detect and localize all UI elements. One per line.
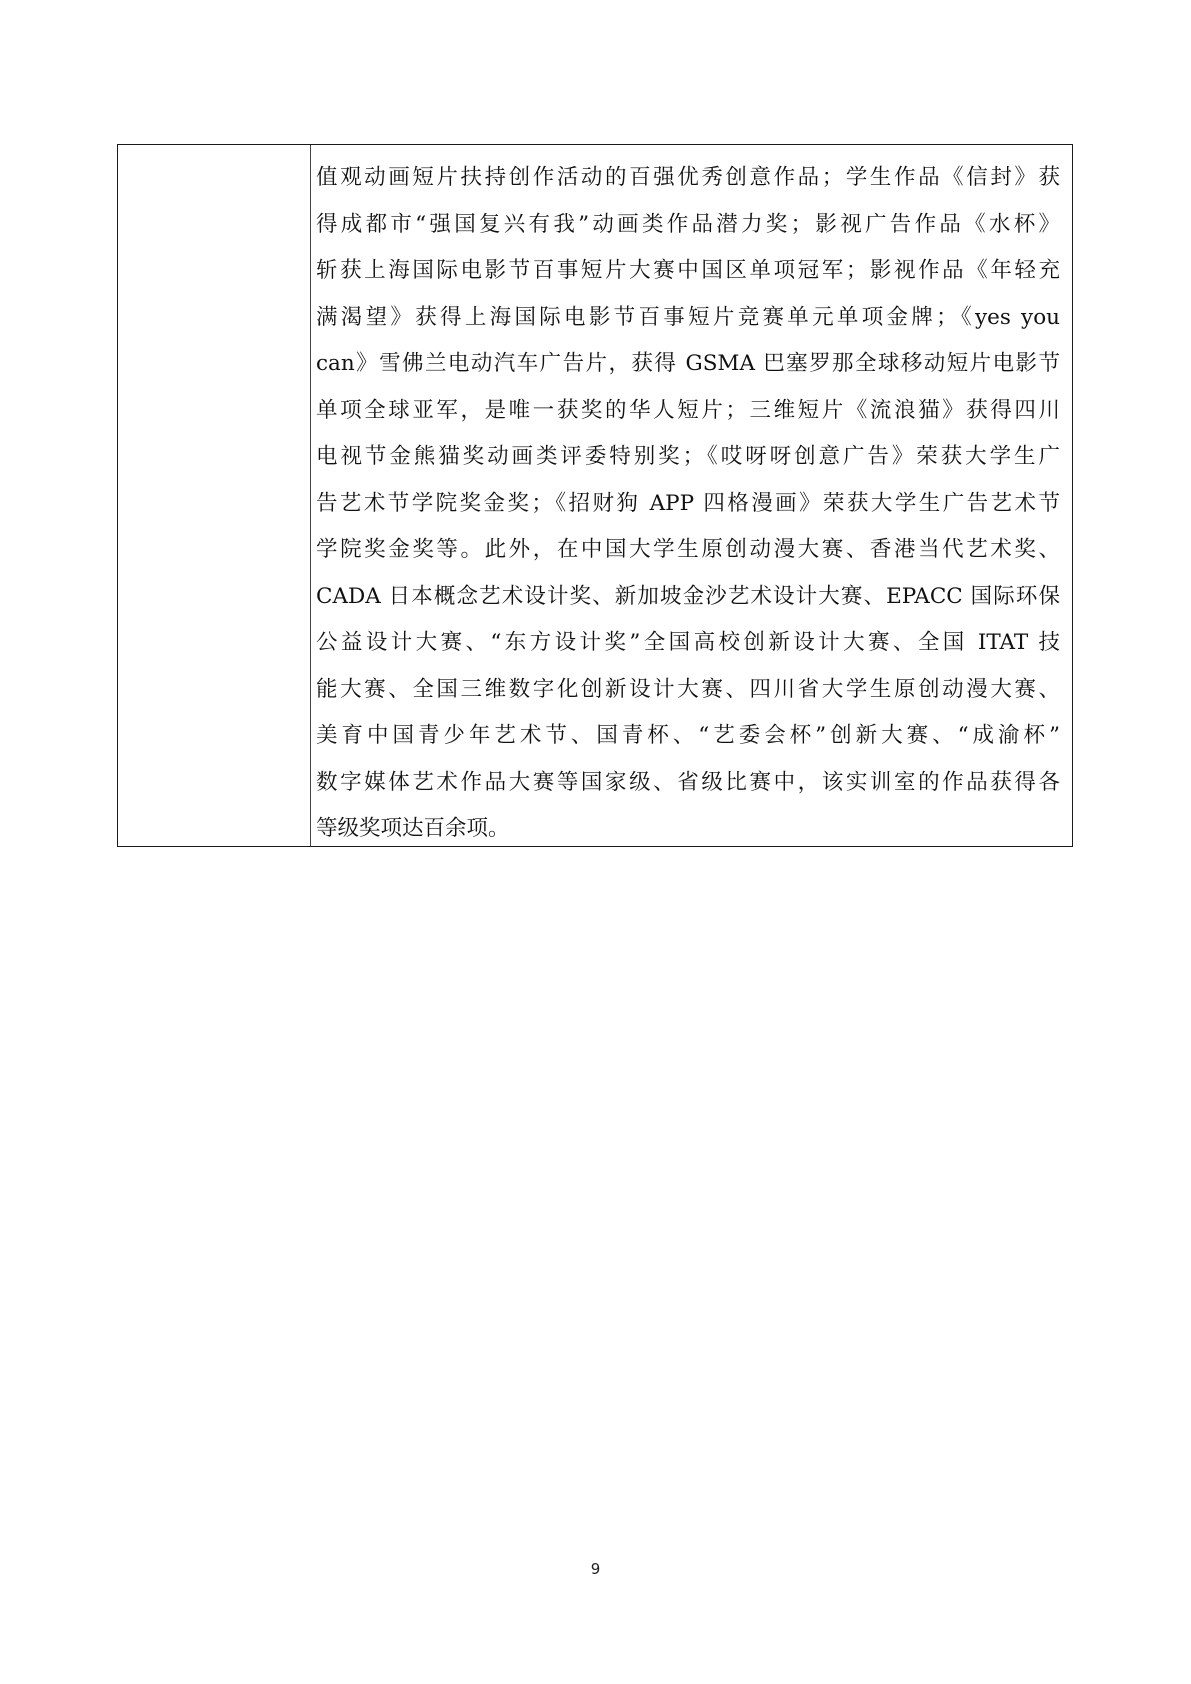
page-number: 9 [0,1560,1191,1578]
content-table: 值观动画短片扶持创作活动的百强优秀创意作品；学生作品《信封》获 得成都市“强国复… [117,144,1073,847]
text-line: 电视节金熊猫奖动画类评委特别奖；《哎呀呀创意广告》荣获大学生广 [316,434,1060,481]
text-line: 等级奖项达百余项。 [316,806,1060,853]
text-line: 单项全球亚军，是唯一获奖的华人短片；三维短片《流浪猫》获得四川 [316,388,1060,435]
text-line: 数字媒体艺术作品大赛等国家级、省级比赛中，该实训室的作品获得各 [316,760,1060,807]
text-line: 值观动画短片扶持创作活动的百强优秀创意作品；学生作品《信封》获 [316,155,1060,202]
text-line: 告艺术节学院奖金奖；《招财狗 APP 四格漫画》荣获大学生广告艺术节 [316,481,1060,528]
text-line: can》雪佛兰电动汽车广告片，获得 GSMA 巴塞罗那全球移动短片电影节 [316,341,1060,388]
text-line: 能大赛、全国三维数字化创新设计大赛、四川省大学生原创动漫大赛、 [316,667,1060,714]
text-line: 美育中国青少年艺术节、国青杯、“艺委会杯”创新大赛、“成渝杯” [316,713,1060,760]
text-line: 满渴望》获得上海国际电影节百事短片竞赛单元单项金牌；《yes you [316,295,1060,342]
text-line: 得成都市“强国复兴有我”动画类作品潜力奖；影视广告作品《水杯》 [316,202,1060,249]
text-line: CADA 日本概念艺术设计奖、新加坡金沙艺术设计大赛、EPACC 国际环保 [316,574,1060,621]
text-line: 斩获上海国际电影节百事短片大赛中国区单项冠军；影视作品《年轻充 [316,248,1060,295]
table-left-cell [118,145,311,846]
text-line: 学院奖金奖等。此外，在中国大学生原创动漫大赛、香港当代艺术奖、 [316,527,1060,574]
table-right-cell: 值观动画短片扶持创作活动的百强优秀创意作品；学生作品《信封》获 得成都市“强国复… [311,145,1072,846]
text-line: 公益设计大赛、“东方设计奖”全国高校创新设计大赛、全国 ITAT 技 [316,620,1060,667]
